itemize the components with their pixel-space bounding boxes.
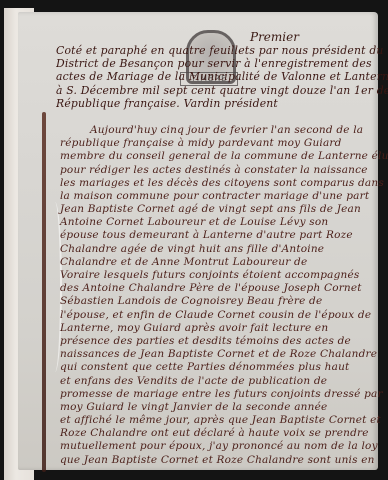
body-line: Sébastien Landois de Cognoisrey Beau frè… bbox=[56, 295, 388, 308]
manuscript-text: Coté et paraphé en quatre feuillets par … bbox=[56, 44, 388, 467]
body-line: qui constent que cette Parties dénommées… bbox=[56, 361, 388, 374]
body-line: Voraire lesquels futurs conjoints étoien… bbox=[56, 269, 388, 282]
header-line: District de Besançon pour servir à l'enr… bbox=[56, 57, 388, 70]
body-line: épouse tous demeurant à Lanterne d'autre… bbox=[56, 229, 388, 242]
body-line: Antoine Cornet Laboureur et de Louise Lé… bbox=[56, 216, 388, 229]
body-line: et affiché le même jour, après que Jean … bbox=[56, 414, 388, 427]
header-line: Coté et paraphé en quatre feuillets par … bbox=[56, 44, 388, 57]
body-line: les mariages et les décès des citoyens s… bbox=[56, 177, 388, 190]
body-line: Chalandre agée de vingt huit ans fille d… bbox=[56, 243, 388, 256]
page-label: Premier bbox=[250, 30, 299, 44]
header-line: actes de Mariage de la Municipalité de V… bbox=[56, 70, 388, 83]
body-line: naissances de Jean Baptiste Cornet et de… bbox=[56, 348, 388, 361]
body-line: que Jean Baptiste Cornet et Roze Chaland… bbox=[56, 454, 388, 467]
body-line: pour rédiger les actes destinés à consta… bbox=[56, 164, 388, 177]
body-line: et enfans des Vendits de l'acte de publi… bbox=[56, 375, 388, 388]
body-line: Lanterne, moy Guiard après avoir fait le… bbox=[56, 322, 388, 335]
body-line: Chalandre et de Anne Montrut Laboureur d… bbox=[56, 256, 388, 269]
manuscript-page: Premier TIMBRE Coté et paraphé en quatre… bbox=[18, 12, 378, 470]
section-gap bbox=[56, 110, 388, 124]
body-line: promesse de mariage entre les futurs con… bbox=[56, 388, 388, 401]
body-line: mutuellement pour époux, j'ay prononcé a… bbox=[56, 440, 388, 453]
body-line: moy Guiard le vingt Janvier de la second… bbox=[56, 401, 388, 414]
header-line: République française. Vardin président bbox=[56, 97, 388, 110]
body-line: des Antoine Chalandre Père de l'épouse J… bbox=[56, 282, 388, 295]
body-line: Roze Chalandre ont eut déclaré à haute v… bbox=[56, 427, 388, 440]
body-line: l'épouse, et enfin de Claude Cornet cous… bbox=[56, 309, 388, 322]
body-line: Aujourd'huy cinq jour de fevrier l'an se… bbox=[56, 124, 388, 137]
body-line: présence des parties et desdits témoins … bbox=[56, 335, 388, 348]
body-line: la maison commune pour contracter mariag… bbox=[56, 190, 388, 203]
body-line: membre du conseil general de la commune … bbox=[56, 150, 388, 163]
body-line: république française à midy pardevant mo… bbox=[56, 137, 388, 150]
page-binding-edge bbox=[42, 112, 46, 472]
header-line: à S. Décembre mil sept cent quatre vingt… bbox=[56, 84, 388, 97]
body-line: Jean Baptiste Cornet agé de vingt sept a… bbox=[56, 203, 388, 216]
